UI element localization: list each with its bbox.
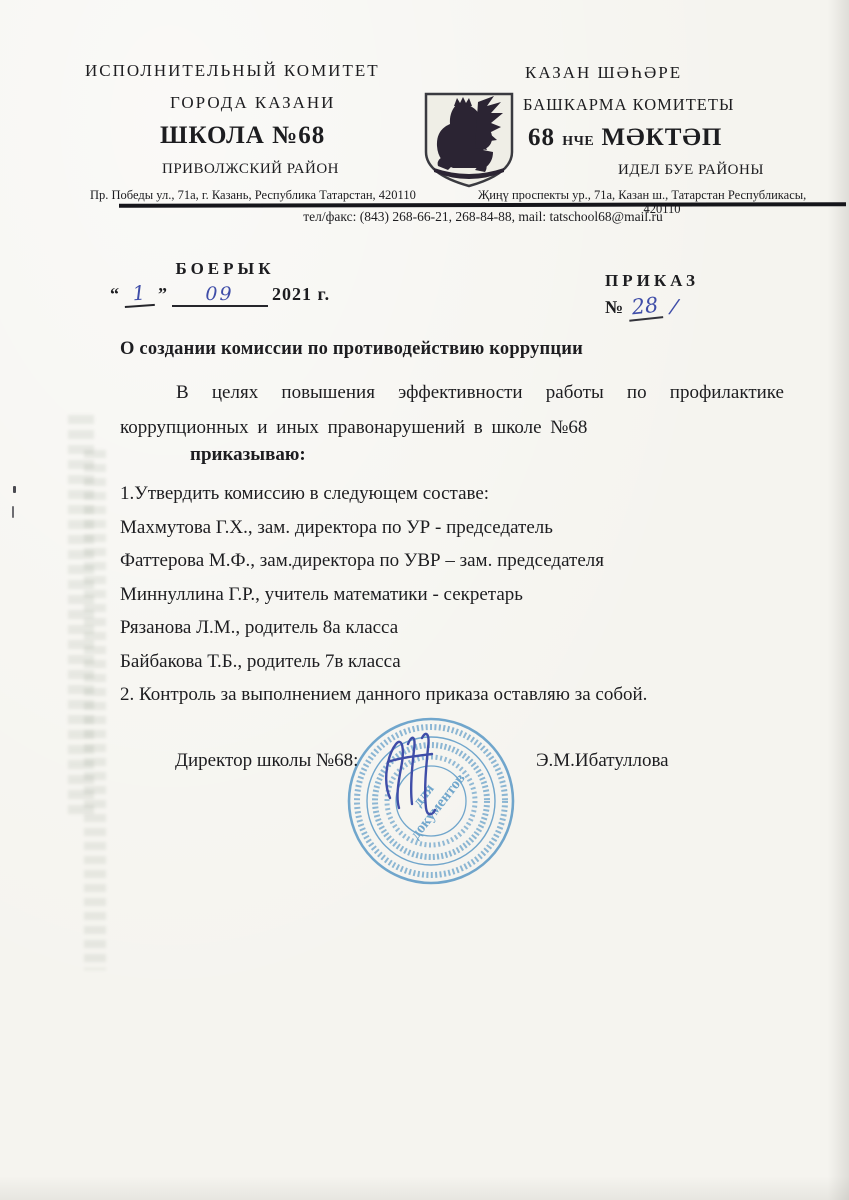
open-quote: “ — [110, 284, 119, 304]
handwritten-slash: / — [669, 294, 679, 319]
order-item: 1.Утвердить комиссию в следующем составе… — [120, 477, 800, 511]
order-title-tatar: БОЕРЫК — [120, 259, 330, 279]
letterhead-right-tatar: КАЗАН ШӘҺӘРЕ БАШКАРМА КОМИТЕТЫ 68 НЧЕ МӘ… — [478, 64, 846, 216]
close-quote: ” — [158, 284, 167, 304]
order-number-line: № 28 / — [605, 294, 678, 320]
order-item-member: Фаттерова М.Ф., зам.директора по УВР – з… — [120, 544, 800, 578]
scan-speck — [13, 486, 16, 493]
scanned-document-page: { "page": {"width": 849, "height": 1200,… — [0, 0, 849, 1200]
order-item-member: Миннуллина Г.Р., учитель математики - се… — [120, 578, 800, 612]
school-number: 68 — [528, 124, 562, 151]
handwritten-day: 1 — [123, 280, 155, 308]
order-item-member: Байбакова Т.Б., родитель 7в класса — [120, 645, 800, 679]
org-line: БАШКАРМА КОМИТЕТЫ — [523, 97, 846, 114]
district-tt: ИДЕЛ БУЕ РАЙОНЫ — [618, 163, 846, 178]
school-name-tt: 68 НЧЕ МӘКТӘП — [528, 125, 846, 150]
school-word: МӘКТӘП — [594, 124, 722, 151]
address-tt: Җиңү проспекты ур., 71а, Казан ш., Татар… — [478, 189, 846, 202]
order-date-line: “ 1 ” 09 2021 г. — [110, 281, 330, 307]
handwritten-order-number: 28 — [626, 292, 663, 321]
bleed-through-ghost-text — [68, 415, 94, 815]
handwritten-month: 09 — [172, 283, 268, 307]
order-preamble: В целях повышения эффективности работы п… — [120, 375, 784, 445]
address-ru: Пр. Победы ул., 71а, г. Казань, Республи… — [90, 189, 470, 202]
order-item: 2. Контроль за выполнением данного прика… — [120, 678, 800, 712]
directive-word: приказываю: — [190, 444, 306, 466]
contact-phone-email: тел/факс: (843) 268-66-21, 268-84-88, ma… — [120, 209, 846, 225]
org-line: ИСПОЛНИТЕЛЬНЫЙ КОМИТЕТ — [85, 62, 470, 79]
scan-speck — [12, 506, 14, 518]
number-sign: № — [605, 297, 623, 317]
org-line: КАЗАН ШӘҺӘРЕ — [525, 64, 846, 81]
letterhead-left-russian: ИСПОЛНИТЕЛЬНЫЙ КОМИТЕТ ГОРОДА КАЗАНИ ШКО… — [60, 62, 470, 202]
order-subject: О создании комиссии по противодействию к… — [120, 339, 720, 360]
bleed-through-ghost-text — [84, 450, 106, 970]
order-item-member: Рязанова Л.М., родитель 8а класса — [120, 611, 800, 645]
order-year: 2021 г. — [272, 284, 330, 304]
order-title-russian: ПРИКАЗ — [605, 271, 699, 291]
order-items-list: 1.Утвердить комиссию в следующем составе… — [120, 477, 800, 712]
order-item-member: Махмутова Г.Х., зам. директора по УР - п… — [120, 511, 800, 545]
signature-name: Э.М.Ибатуллова — [536, 750, 669, 772]
school-ordinal: НЧЕ — [562, 134, 594, 149]
signature-role-label: Директор школы №68: — [175, 750, 358, 772]
director-signature-ink — [368, 718, 460, 822]
